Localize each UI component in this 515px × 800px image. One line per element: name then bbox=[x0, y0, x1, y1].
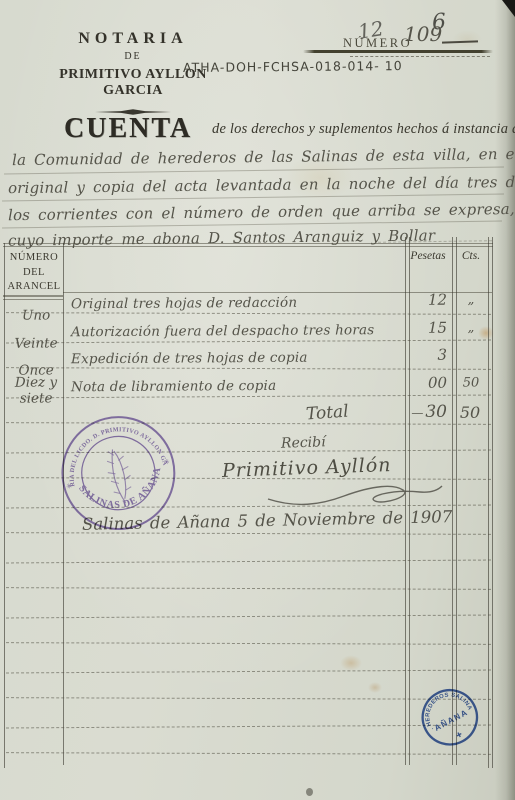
table-row: Veinte Autorización fuera del despacho t… bbox=[0, 312, 515, 343]
table-rule-line bbox=[6, 670, 491, 674]
table-row: Once Expedición de tres hojas de copia 3 bbox=[0, 339, 515, 370]
numero-underline-dashed bbox=[350, 56, 490, 57]
row-concepto: Nota de libramiento de copia bbox=[71, 377, 276, 394]
total-cts-value: 50 bbox=[455, 403, 485, 422]
archive-reference-handwritten: ATHA-DOH-FCHSA-018-014- 10 bbox=[183, 58, 403, 75]
table-rule-line bbox=[6, 587, 491, 590]
row-pesetas-value: 12 bbox=[411, 291, 447, 309]
manuscript-line-1: la Comunidad de herederos de las Salinas… bbox=[12, 145, 515, 169]
table-rule-line bbox=[6, 752, 491, 755]
table-rule-line bbox=[6, 642, 491, 645]
total-label: Total bbox=[305, 402, 349, 425]
numero-value-handwritten: 109 bbox=[404, 22, 442, 46]
row-cts-value: „ bbox=[457, 292, 485, 307]
paper-stain bbox=[452, 30, 482, 48]
row-cts-value: „ bbox=[457, 320, 485, 335]
table-row: Uno Original tres hojas de redacción 12 … bbox=[0, 284, 515, 315]
numero-dash bbox=[442, 40, 478, 43]
ink-spot bbox=[306, 788, 313, 796]
paper-stain bbox=[368, 682, 382, 693]
table-header-cts: Cts. bbox=[455, 250, 487, 262]
table-rule-line bbox=[6, 560, 491, 564]
notary-letterhead: NOTARIA DE PRIMITIVO AYLLON GARCIA bbox=[28, 30, 238, 121]
cuenta-printed-text: de los derechos y suplementos hechos á i… bbox=[212, 121, 515, 138]
row-concepto: Autorización fuera del despacho tres hor… bbox=[71, 322, 374, 340]
heirs-stamp-cross: ✚ bbox=[455, 730, 464, 740]
document-page: 12 6 NÚMERO 109 NOTARIA DE PRIMITIVO AYL… bbox=[0, 0, 515, 800]
paper-stain bbox=[340, 655, 362, 671]
row-pesetas-value: 00 bbox=[411, 373, 447, 391]
cuenta-title: CUENTA bbox=[64, 113, 192, 145]
letterhead-notaria: NOTARIA bbox=[28, 30, 238, 48]
table-top-border-2 bbox=[3, 246, 493, 247]
numero-label: NÚMERO bbox=[343, 36, 412, 51]
row-concepto: Expedición de tres hojas de copia bbox=[71, 350, 308, 368]
table-top-border bbox=[3, 243, 493, 244]
table-rule-line bbox=[6, 615, 491, 619]
row-pesetas-value: 15 bbox=[411, 318, 447, 336]
row-pesetas-value: 3 bbox=[411, 346, 447, 364]
heirs-round-stamp: C. HEREDEROS SALINAS AÑANA ✚ bbox=[408, 675, 494, 763]
heirs-stamp-center-text: AÑANA bbox=[432, 707, 469, 733]
row-concepto: Original tres hojas de redacción bbox=[71, 295, 297, 313]
recibi-text: Recibí bbox=[281, 434, 326, 452]
table-row: Diez y siete Nota de libramiento de copi… bbox=[0, 367, 515, 398]
numero-underline bbox=[303, 50, 493, 53]
stamp-star-right: ✳ bbox=[163, 457, 171, 466]
row-cts-value: 50 bbox=[457, 375, 485, 390]
total-pesetas-value: 30 bbox=[405, 402, 447, 422]
table-header-pesetas: Pesetas bbox=[406, 250, 450, 262]
